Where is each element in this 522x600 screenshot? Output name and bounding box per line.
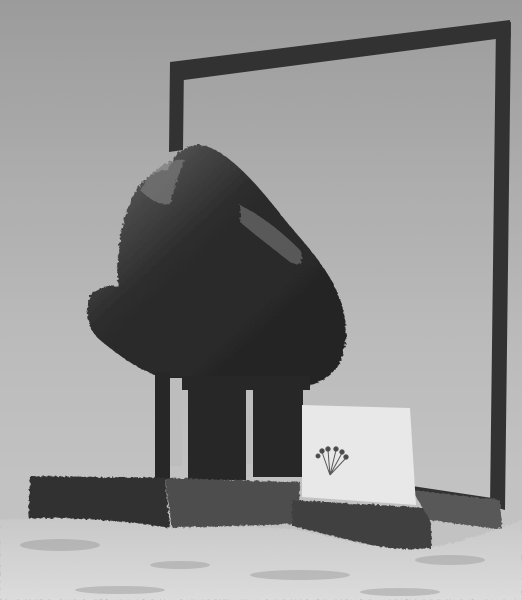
photograph: Black-and-white photograph of an outdoor… <box>0 0 522 600</box>
scene <box>0 0 522 600</box>
film-grain <box>0 0 522 600</box>
